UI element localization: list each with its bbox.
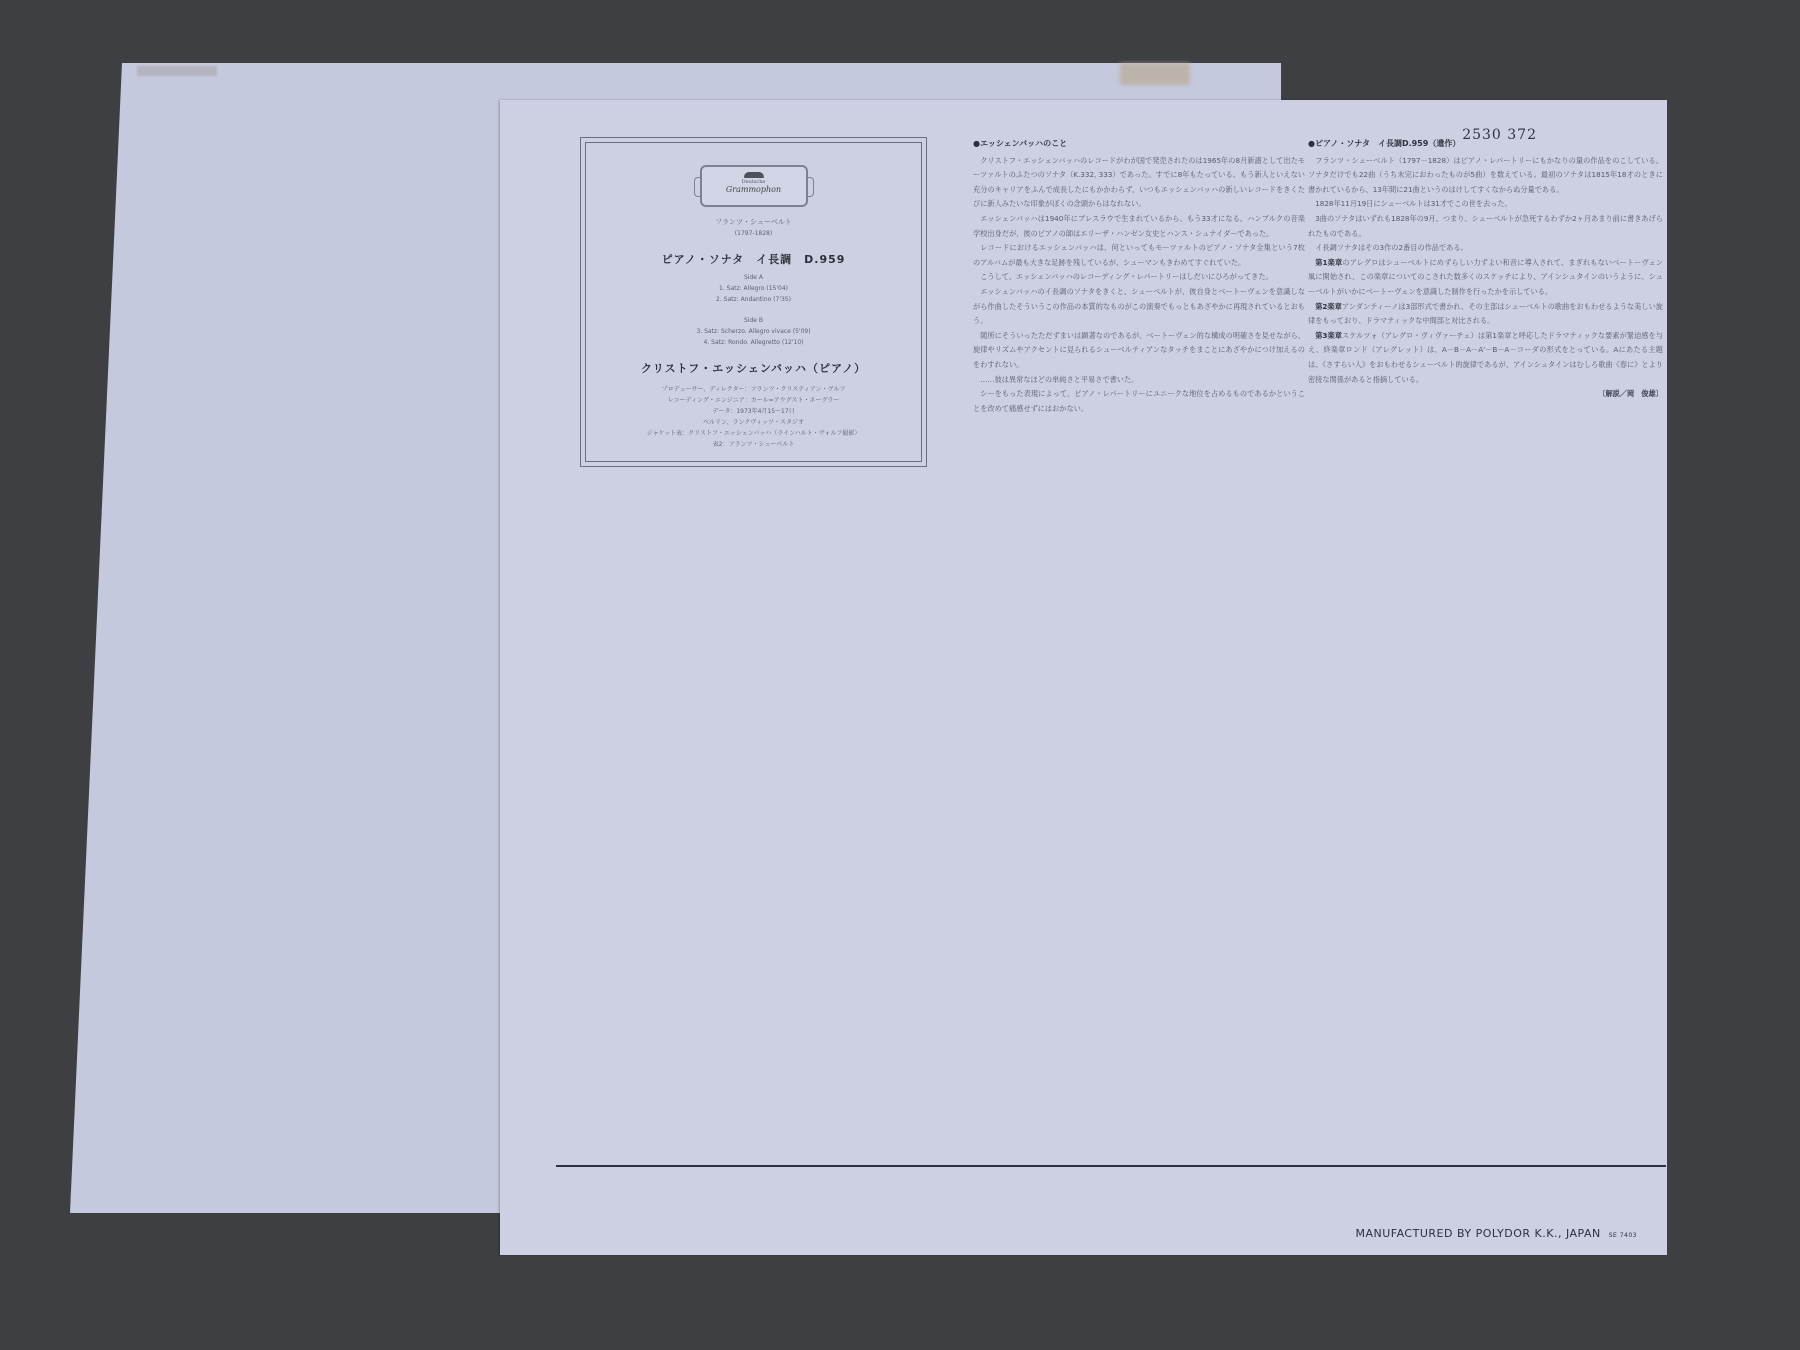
work-title: ピアノ・ソナタ イ長調 D.959 [586, 251, 921, 267]
paragraph: 3曲のソナタはいずれも1828年の9月、つまり、シューベルトが急死するわずか2ヶ… [1308, 212, 1663, 241]
movement-note: 第2楽章アンダンティーノは3部形式で書かれ、その主部はシューベルトの歌曲をおもわ… [1308, 300, 1663, 329]
paragraph: レコードにおけるエッシェンバッハは、何といってもモーツァルトのピアノ・ソナタ全集… [973, 241, 1305, 270]
credit-line: レコーディング・エンジニア：カール=アウグスト・ネーグラー [586, 395, 921, 406]
side-b-label: Side B [586, 315, 921, 326]
paragraph: 随所にそういったただずまいは顕著なのであるが、ベートーヴェン的な構成の明確さを見… [973, 329, 1305, 373]
author-signature: 〔解説／岡 俊雄〕 [1308, 387, 1663, 402]
paragraph: イ長調ソナタはその3作の2番目の作品である。 [1308, 241, 1663, 256]
horizontal-rule [556, 1165, 1666, 1167]
paragraph: シーをもった表現によって、ピアノ・レパートリーにユニークな地位を占めるものである… [973, 387, 1305, 416]
track: 1. Satz: Allegro (15'04) [586, 283, 921, 294]
paragraph: フランツ・シューベルト（1797－1828）はピアノ・レパートリーにもかなりの量… [1308, 154, 1663, 198]
deutsche-grammophon-logo: Deutsche Grammophon [700, 165, 808, 207]
track: 2. Satz: Andantino (7'35) [586, 294, 921, 305]
credit-line: ベルリン、ランクヴィッツ・スタジオ [586, 417, 921, 428]
paragraph: エッシェンバッハは1940年にブレスラウで生まれているから、もう33才になる。ハ… [973, 212, 1305, 241]
label-box: Deutsche Grammophon フランツ・シューベルト (1797-18… [580, 137, 927, 467]
track: 4. Satz: Rondo. Allegretto (12'10) [586, 337, 921, 348]
movement-note: 第1楽章のアレグロはシューベルトにめずらしい力ずよい和音に導入されて、まぎれもな… [1308, 256, 1663, 300]
manufacturer-footer: MANUFACTURED BY POLYDOR K.K., JAPANSE 74… [1355, 1227, 1637, 1240]
movement-note: 第3楽章スケルツォ（アレグロ・ヴィヴァーチェ）は第1楽章と呼応したドラマティック… [1308, 329, 1663, 387]
pressing-code: SE 7403 [1609, 1232, 1637, 1239]
notes-column-left: ●エッシェンバッハのこと クリストフ・エッシェンバッハのレコードがわが国で発売さ… [973, 137, 1305, 416]
credit-line: プロデューサー、ディレクター：フランツ・クリスティアン・ヴルフ [586, 384, 921, 395]
sleeve-stain [137, 66, 217, 76]
notes-column-right: ●ピアノ・ソナタ イ長調D.959（遺作） フランツ・シューベルト（1797－1… [1308, 137, 1663, 402]
paragraph: クリストフ・エッシェンバッハのレコードがわが国で発売されたのは1965年の8月新… [973, 154, 1305, 212]
credit-line: データ：1973年4月15～17日 [586, 406, 921, 417]
performer: クリストフ・エッシェンバッハ（ピアノ） [586, 360, 921, 376]
notes-heading: ●ピアノ・ソナタ イ長調D.959（遺作） [1308, 137, 1663, 152]
tape-stain [1120, 63, 1190, 85]
paragraph: エッシェンバッハのイ長調のソナタをきくと、シューベルトが、彼自身とベートーヴェン… [973, 285, 1305, 329]
notes-heading: ●エッシェンバッハのこと [973, 137, 1305, 152]
credit-line: ジャケット表：クリストフ・エッシェンバッハ（ラインハルト・ヴォルフ撮影） [586, 428, 921, 439]
credit-line: 表2：フランツ・シューベルト [586, 439, 921, 450]
paragraph: 1828年11月19日にシューベルトは31才でこの世を去った。 [1308, 197, 1663, 212]
liner-notes-insert: 2530 372 Deutsche Grammophon フランツ・シューベルト… [500, 100, 1667, 1255]
composer-dates: (1797-1828) [586, 228, 921, 239]
sleeve-edge [70, 63, 71, 1213]
paragraph: ……彼は異常なほどの単純さと平易さで書いた。 [973, 373, 1305, 388]
track: 3. Satz: Scherzo. Allegro vivace (5'09) [586, 326, 921, 337]
side-a-label: Side A [586, 272, 921, 283]
composer: フランツ・シューベルト [586, 217, 921, 228]
tulip-icon [744, 172, 764, 178]
paragraph: こうして、エッシェンバッハのレコーディング・レパートリーはしだいにひろがってきた… [973, 270, 1305, 285]
